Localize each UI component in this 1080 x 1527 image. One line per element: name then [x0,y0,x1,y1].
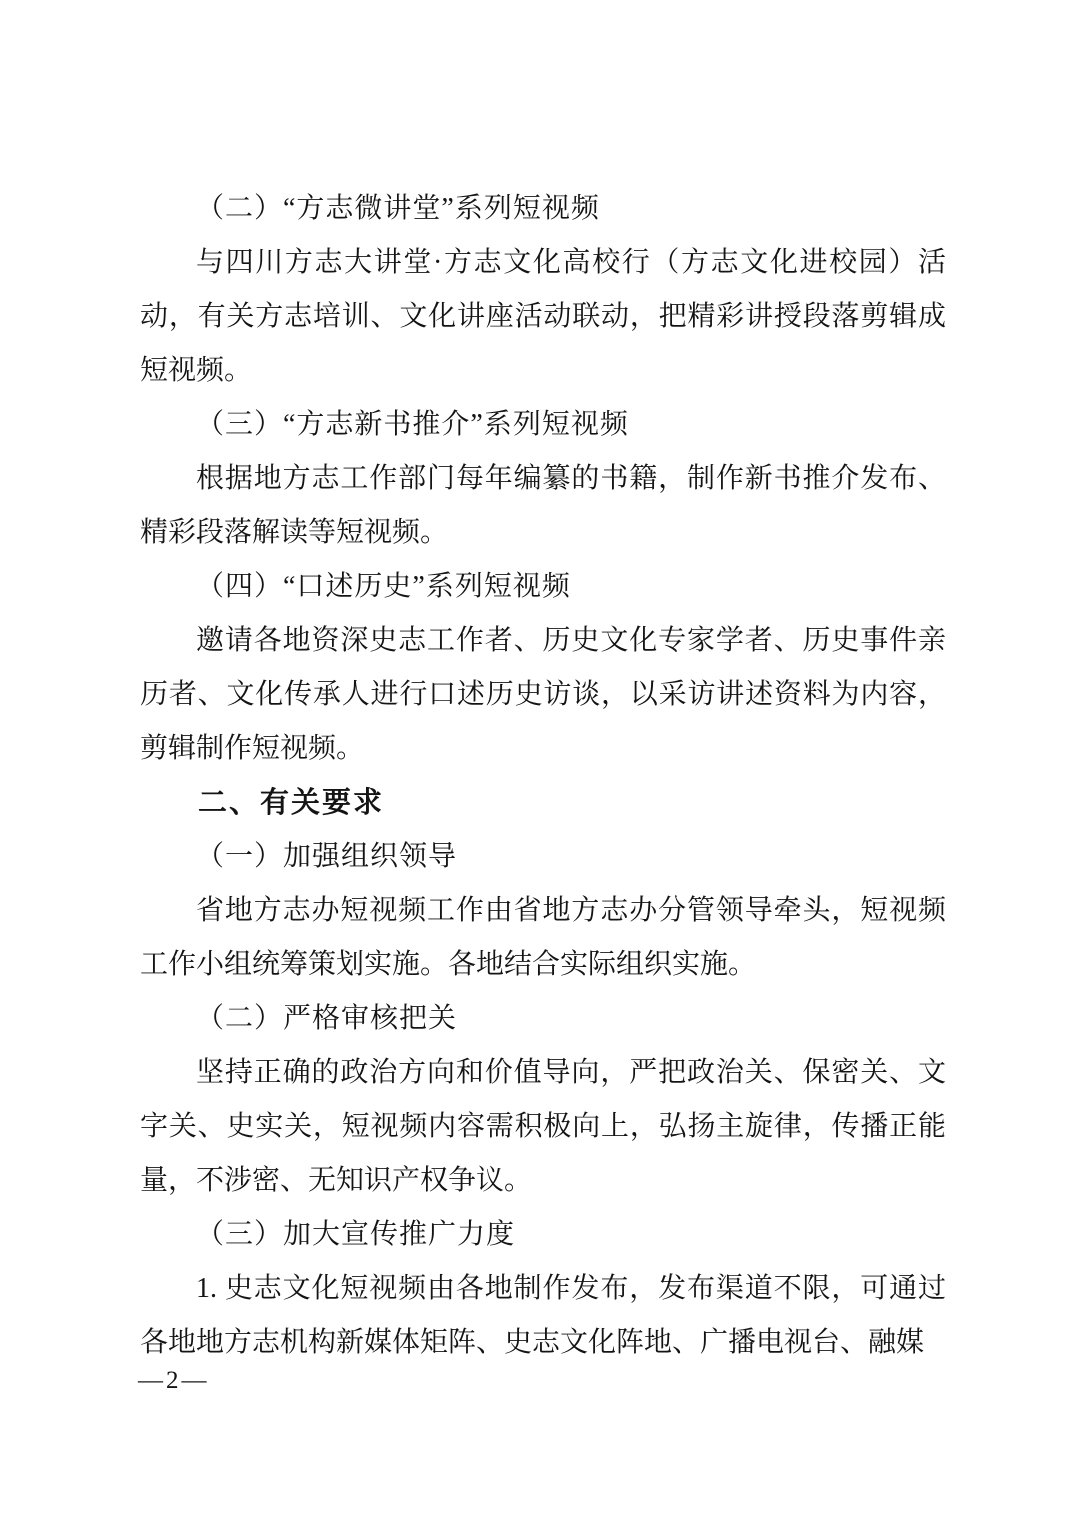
document-page: （二）“方志微讲堂”系列短视频与四川方志大讲堂·方志文化高校行（方志文化进校园）… [0,0,1080,1527]
document-body: （二）“方志微讲堂”系列短视频与四川方志大讲堂·方志文化高校行（方志文化进校园）… [140,182,946,1370]
paragraph: 1. 史志文化短视频由各地制作发布，发布渠道不限，可通过各地地方志机构新媒体矩阵… [140,1262,946,1370]
section-heading: （三）“方志新书推介”系列短视频 [140,398,946,452]
section-heading: （二）严格审核把关 [140,992,946,1046]
paragraph: 省地方志办短视频工作由省地方志办分管领导牵头，短视频工作小组统筹策划实施。各地结… [140,884,946,992]
paragraph: 根据地方志工作部门每年编纂的书籍，制作新书推介发布、精彩段落解读等短视频。 [140,452,946,560]
section-heading: （四）“口述历史”系列短视频 [140,560,946,614]
section-heading: （三）加大宣传推广力度 [140,1208,946,1262]
paragraph: 与四川方志大讲堂·方志文化高校行（方志文化进校园）活动，有关方志培训、文化讲座活… [140,236,946,398]
paragraph: 邀请各地资深史志工作者、历史文化专家学者、历史事件亲历者、文化传承人进行口述历史… [140,614,946,776]
page-number: —2— [138,1366,210,1396]
section-heading: （二）“方志微讲堂”系列短视频 [140,182,946,236]
section-heading: （一）加强组织领导 [140,830,946,884]
section-heading: 二、有关要求 [140,776,946,830]
paragraph: 坚持正确的政治方向和价值导向，严把政治关、保密关、文字关、史实关，短视频内容需积… [140,1046,946,1208]
